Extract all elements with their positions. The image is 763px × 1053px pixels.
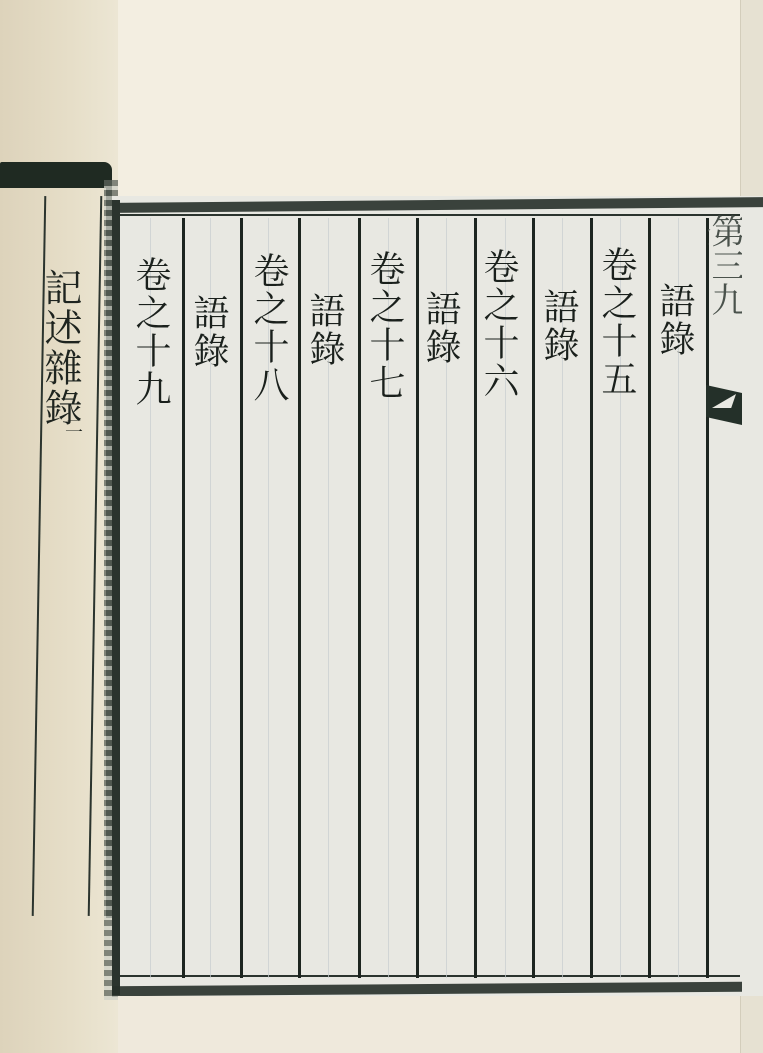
entry-volume-16: 卷之十六 <box>478 248 518 400</box>
column-rule <box>590 218 593 978</box>
block-left-border <box>112 200 120 995</box>
top-margin <box>118 0 740 196</box>
entry-yulu: 語錄 <box>304 292 344 368</box>
column-rule <box>416 218 419 978</box>
column-rule <box>240 218 243 978</box>
column-rule <box>358 218 361 978</box>
column-rule <box>648 218 651 978</box>
entry-yulu: 語錄 <box>420 290 460 366</box>
column-rule <box>474 218 477 978</box>
entry-yulu: 語錄 <box>188 294 228 370</box>
column-rule <box>298 218 301 978</box>
left-leaf-top-border <box>0 162 112 188</box>
column-rule <box>532 218 535 978</box>
entry-yulu: 語錄 <box>654 282 694 358</box>
left-leaf-page-mark: 二 <box>50 416 94 436</box>
left-leaf-title: 記述雜錄 <box>38 268 82 428</box>
entry-volume-15: 卷之十五 <box>596 246 636 398</box>
block-bottom-inner-line <box>120 975 740 977</box>
bottom-margin <box>118 996 740 1053</box>
entry-volume-17: 卷之十七 <box>364 250 404 402</box>
block-top-inner-line <box>120 214 740 216</box>
entry-yulu: 語錄 <box>538 288 578 364</box>
entry-volume-19: 卷之十九 <box>130 256 170 408</box>
next-leaf-title-partial: 第三九条 <box>708 214 742 344</box>
entry-volume-18: 卷之十八 <box>248 252 288 404</box>
column-rule <box>182 218 185 978</box>
